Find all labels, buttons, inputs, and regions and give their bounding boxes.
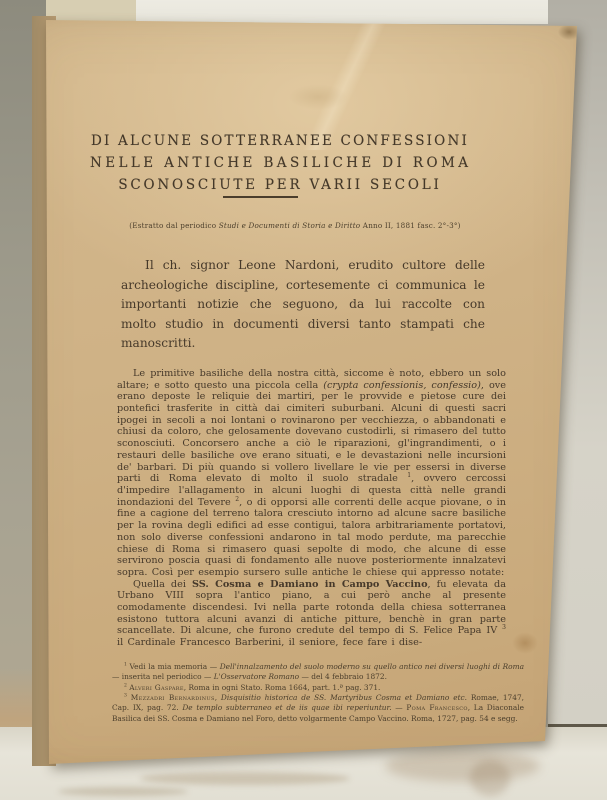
extract-journal-title: Studi e Documenti di Storia e Diritto xyxy=(219,221,361,230)
footnote-3: 3 Mezzadri Bernardinus, Disquisitio hist… xyxy=(112,693,524,724)
text-column: Il ch. signor Leone Nardoni, erudito cul… xyxy=(112,256,524,724)
body-paragraph-2: Quella dei SS. Cosma e Damiano in Campo … xyxy=(117,579,506,649)
photo-of-antique-pamphlet: DI ALCUNE SOTTERRANEE CONFESSIONI NELLE … xyxy=(0,0,607,800)
title-line-3: SCONOSCIUTE PER VARII SECOLI xyxy=(90,174,470,196)
document-title: DI ALCUNE SOTTERRANEE CONFESSIONI NELLE … xyxy=(90,130,470,196)
extract-source-line: (Estratto dal periodico Studi e Document… xyxy=(105,221,485,230)
footnote-1: 1 Vedi la mia memoria — Dell'innalzament… xyxy=(112,662,524,683)
intro-paragraph: Il ch. signor Leone Nardoni, erudito cul… xyxy=(121,256,485,354)
title-divider-rule xyxy=(223,196,298,198)
extract-prefix: (Estratto dal periodico xyxy=(129,221,218,230)
title-line-1: DI ALCUNE SOTTERRANEE CONFESSIONI xyxy=(90,130,470,152)
footnote-2: 2 Alveri Gaspare, Roma in ogni Stato. Ro… xyxy=(112,683,524,693)
paper-stain xyxy=(288,84,348,110)
extract-suffix: Anno II, 1881 fasc. 2°-3°) xyxy=(360,221,460,230)
title-line-2: NELLE ANTICHE BASILICHE DI ROMA xyxy=(90,152,470,174)
body-paragraph-1: Le primitive basiliche della nostra citt… xyxy=(117,368,506,579)
pamphlet-page: DI ALCUNE SOTTERRANEE CONFESSIONI NELLE … xyxy=(0,0,607,800)
page-shadow-wrap: DI ALCUNE SOTTERRANEE CONFESSIONI NELLE … xyxy=(0,0,607,800)
footnotes: 1 Vedi la mia memoria — Dell'innalzament… xyxy=(112,662,524,724)
paper-stain-corner xyxy=(558,24,580,40)
paper-stain xyxy=(545,690,565,718)
body-text: Le primitive basiliche della nostra citt… xyxy=(117,368,506,649)
